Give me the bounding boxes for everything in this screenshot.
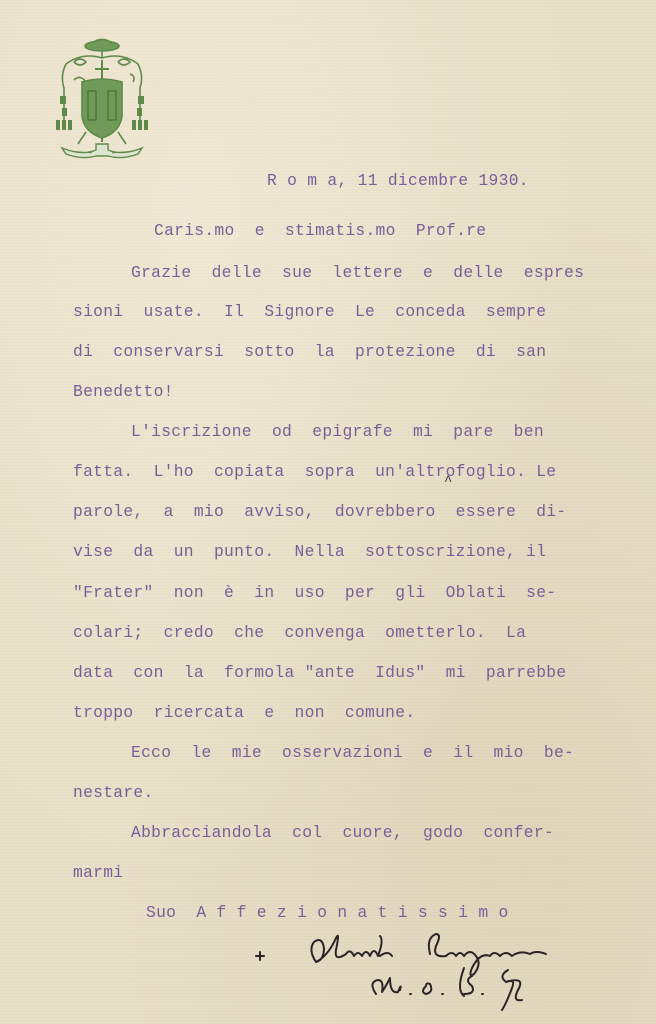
body-line: nestare. xyxy=(73,783,154,802)
body-line: Abbracciandola col cuore, godo confer- xyxy=(131,823,554,842)
coat-of-arms-icon xyxy=(52,36,152,162)
body-line: troppo ricercata e non comune. xyxy=(73,703,415,722)
body-line: Grazie delle sue lettere e delle espres xyxy=(131,263,584,282)
body-line: fatta. L'ho copiata sopra un'altrofoglio… xyxy=(73,462,556,481)
place-date: R o m a, 11 dicembre 1930. xyxy=(267,171,529,190)
body-line: Benedetto! xyxy=(73,382,174,401)
body-line: parole, a mio avviso, dovrebbero essere … xyxy=(73,502,566,521)
body-line: di conservarsi sotto la protezione di sa… xyxy=(73,342,546,361)
letter-page: R o m a, 11 dicembre 1930. Caris.mo e st… xyxy=(0,0,656,1024)
body-line: Ecco le mie osservazioni e il mio be- xyxy=(131,743,574,762)
body-line: sioni usate. Il Signore Le conceda sempr… xyxy=(73,302,546,321)
body-line: data con la formola "ante Idus" mi parre… xyxy=(73,663,566,682)
body-line: vise da un punto. Nella sottoscrizione, … xyxy=(73,542,546,561)
salutation: Caris.mo e stimatis.mo Prof.re xyxy=(154,221,486,240)
body-line: L'iscrizione od epigrafe mi pare ben xyxy=(131,422,544,441)
handwritten-signature xyxy=(250,920,600,1020)
body-line: marmi xyxy=(73,863,123,882)
body-line: colari; credo che convenga ometterlo. La xyxy=(73,623,526,642)
insertion-mark: ^ xyxy=(444,474,452,490)
body-line: "Frater" non è in uso per gli Oblati se- xyxy=(73,583,556,602)
